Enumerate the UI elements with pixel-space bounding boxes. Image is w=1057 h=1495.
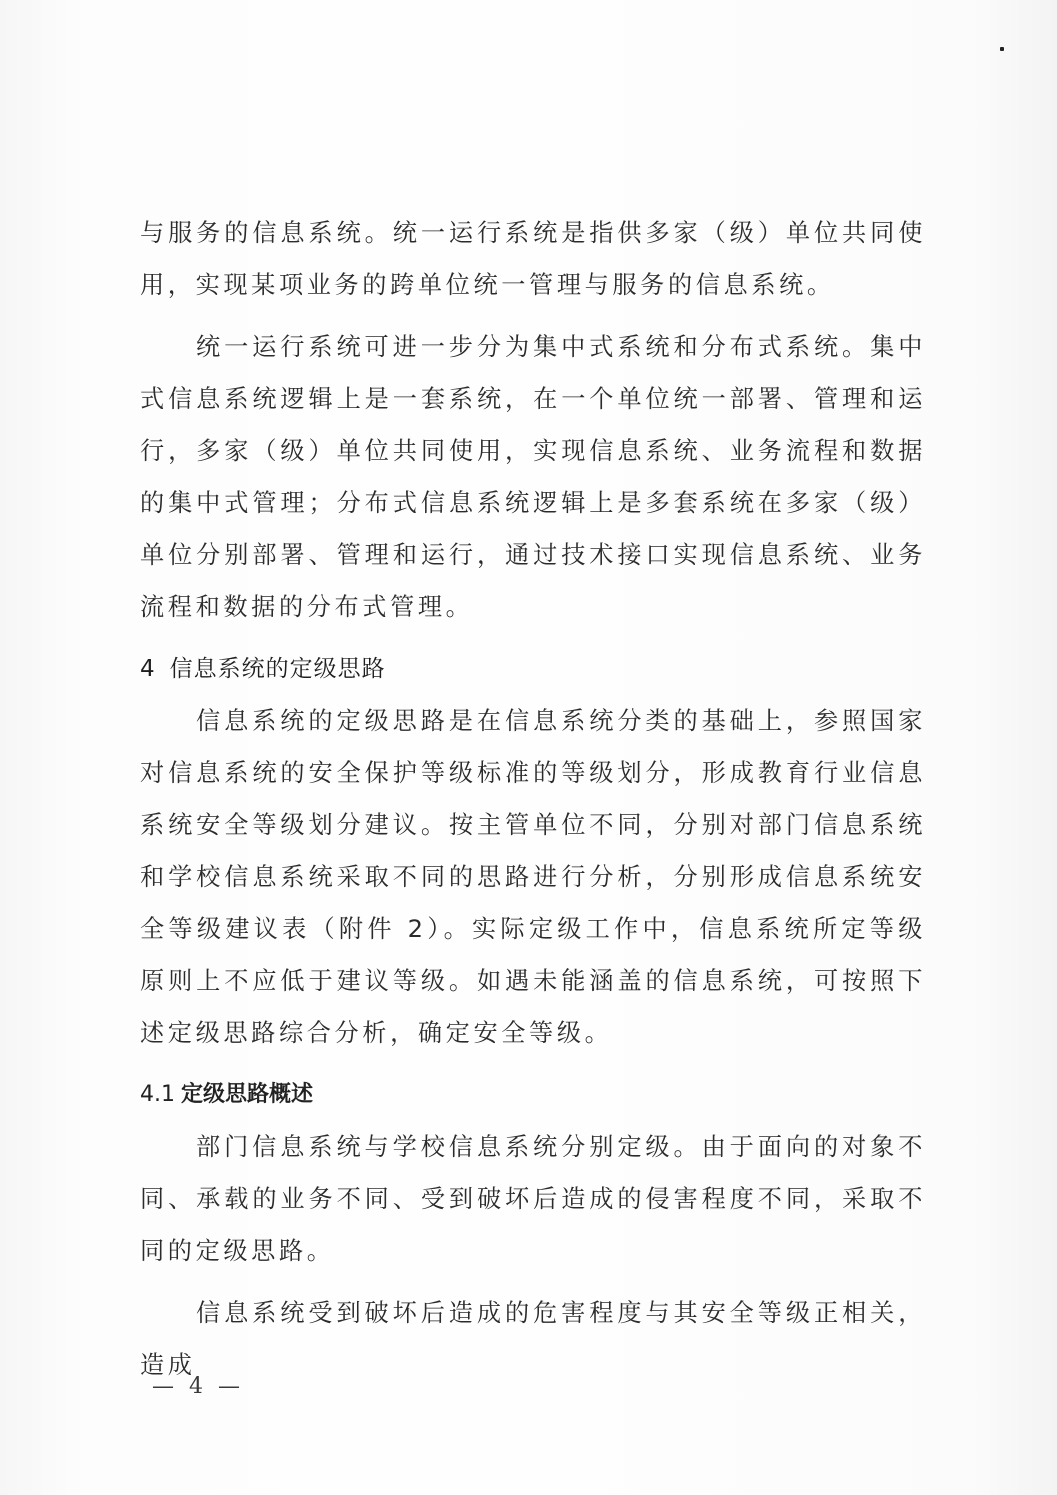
subsection-title: 定级思路概述 bbox=[181, 1082, 313, 1107]
section-title: 信息系统的定级思路 bbox=[170, 656, 386, 682]
section-number: 4 bbox=[140, 656, 156, 682]
paragraph-harm-degree: 信息系统受到破坏后造成的危害程度与其安全等级正相关，造成 bbox=[140, 1287, 926, 1391]
subsection-heading-4-1: 4.1定级思路概述 bbox=[140, 1069, 926, 1121]
subsection-number: 4.1 bbox=[140, 1082, 175, 1107]
document-body: 与服务的信息系统。统一运行系统是指供多家（级）单位共同使用，实现某项业务的跨单位… bbox=[140, 207, 926, 1391]
scan-speck bbox=[1000, 47, 1004, 51]
document-page: 与服务的信息系统。统一运行系统是指供多家（级）单位共同使用，实现某项业务的跨单位… bbox=[0, 0, 1057, 1495]
paragraph-grading-approach: 信息系统的定级思路是在信息系统分类的基础上，参照国家对信息系统的安全保护等级标准… bbox=[140, 695, 926, 1059]
section-heading-4: 4信息系统的定级思路 bbox=[140, 643, 926, 695]
paragraph-separate-grading: 部门信息系统与学校信息系统分别定级。由于面向的对象不同、承载的业务不同、受到破坏… bbox=[140, 1121, 926, 1277]
paragraph-unified-system: 统一运行系统可进一步分为集中式系统和分布式系统。集中式信息系统逻辑上是一套系统，… bbox=[140, 321, 926, 633]
paragraph-continuation: 与服务的信息系统。统一运行系统是指供多家（级）单位共同使用，实现某项业务的跨单位… bbox=[140, 207, 926, 311]
page-number: — 4 — bbox=[152, 1374, 244, 1399]
